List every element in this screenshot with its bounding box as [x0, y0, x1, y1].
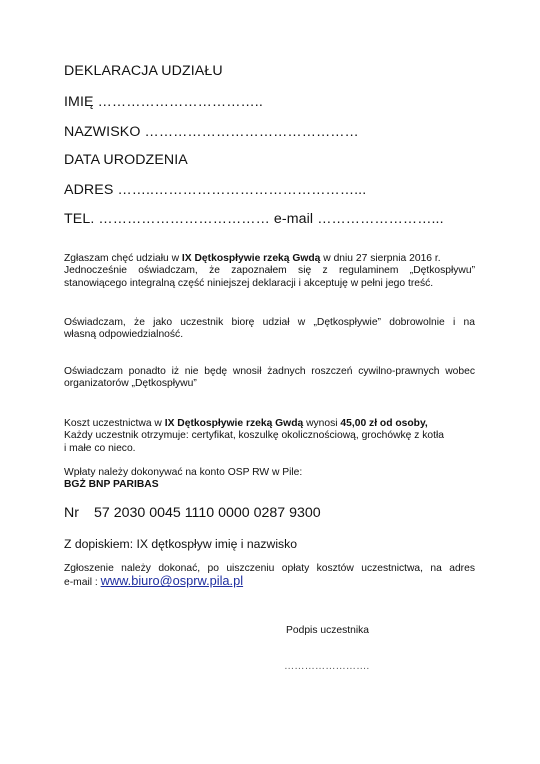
cost-amount: 45,00 zł od osoby,	[340, 418, 427, 429]
surname-field: NAZWISKO ………………………………………	[64, 124, 359, 140]
email-label: e-mail	[274, 211, 313, 227]
signature-line[interactable]: …………………….	[284, 661, 369, 673]
phone-blank[interactable]: ………………………………	[98, 211, 269, 227]
name-field: IMIĘ ……………………………..	[64, 94, 263, 110]
phone-label: TEL.	[64, 211, 94, 227]
text: wynosi	[303, 418, 340, 429]
surname-label: NAZWISKO	[64, 124, 140, 140]
phone-email-field: TEL. ……………………………… e-mail ……………………...	[64, 211, 444, 227]
no-claims-line-2: organizatorów „Dętkospływu”	[64, 378, 475, 390]
address-field: ADRES ……..……………………………………...	[64, 182, 366, 198]
cost-paragraph: Koszt uczestnictwa w IX Dętkospływie rze…	[64, 418, 475, 455]
transfer-note: Z dopiskiem: IX dętkospływ imię i nazwis…	[64, 537, 297, 551]
participation-paragraph: Zgłaszam chęć udziału w IX Dętkospływie …	[64, 253, 475, 290]
account-number: 57 2030 0045 1110 0000 0287 9300	[94, 505, 321, 521]
participation-line-1: Zgłaszam chęć udziału w IX Dętkospływie …	[64, 253, 475, 265]
no-claims-paragraph: Oświadczam ponadto iż nie będę wnosił ża…	[64, 366, 475, 391]
participation-line-3: stanowiącego integralną część niniejszej…	[64, 278, 475, 290]
voluntary-line-1: Oświadczam, że jako uczestnik biorę udzi…	[64, 317, 475, 329]
payment-intro: Wpłaty należy dokonywać na konto OSP RW …	[64, 467, 475, 479]
participation-line-2: Jednocześnie oświadczam, że zapoznałem s…	[64, 265, 475, 277]
surname-blank[interactable]: ………………………………………	[145, 124, 359, 140]
account-number-line: Nr57 2030 0045 1110 0000 0287 9300	[64, 505, 321, 521]
cost-line-1: Koszt uczestnictwa w IX Dętkospływie rze…	[64, 418, 475, 430]
email-blank[interactable]: ……………………...	[317, 211, 443, 227]
signature-label: Podpis uczestnika	[286, 625, 369, 637]
name-label: IMIĘ	[64, 94, 94, 110]
text: Zgłaszam chęć udziału w	[64, 253, 182, 264]
text: e-mail :	[64, 577, 101, 588]
cost-line-3: i małe co nieco.	[64, 443, 475, 455]
submission-line-2: e-mail : www.biuro@osprw.pila.pl	[64, 575, 475, 589]
account-nr-label: Nr	[64, 505, 79, 521]
bank-name: BGŻ BNP PARIBAS	[64, 479, 475, 491]
page-title: DEKLARACJA UDZIAŁU	[64, 63, 223, 79]
payment-paragraph: Wpłaty należy dokonywać na konto OSP RW …	[64, 467, 475, 492]
address-label: ADRES	[64, 182, 113, 198]
text: w dniu 27 sierpnia 2016 r.	[320, 253, 440, 264]
voluntary-line-2: własną odpowiedzialność.	[64, 329, 475, 341]
text: Koszt uczestnictwa w	[64, 418, 165, 429]
cost-line-2: Każdy uczestnik otrzymuje: certyfikat, k…	[64, 430, 475, 442]
no-claims-line-1: Oświadczam ponadto iż nie będę wnosił ża…	[64, 366, 475, 378]
submission-paragraph: Zgłoszenie należy dokonać, po uiszczeniu…	[64, 563, 475, 590]
name-blank[interactable]: ……………………………..	[98, 94, 263, 110]
address-blank[interactable]: ……..……………………………………...	[117, 182, 366, 198]
event-name: IX Dętkospływie rzeką Gwdą	[165, 418, 304, 429]
email-link[interactable]: www.biuro@osprw.pila.pl	[101, 573, 243, 588]
voluntary-paragraph: Oświadczam, że jako uczestnik biorę udzi…	[64, 317, 475, 342]
event-name: IX Dętkospływie rzeką Gwdą	[182, 253, 321, 264]
birthdate-label: DATA URODZENIA	[64, 152, 188, 168]
